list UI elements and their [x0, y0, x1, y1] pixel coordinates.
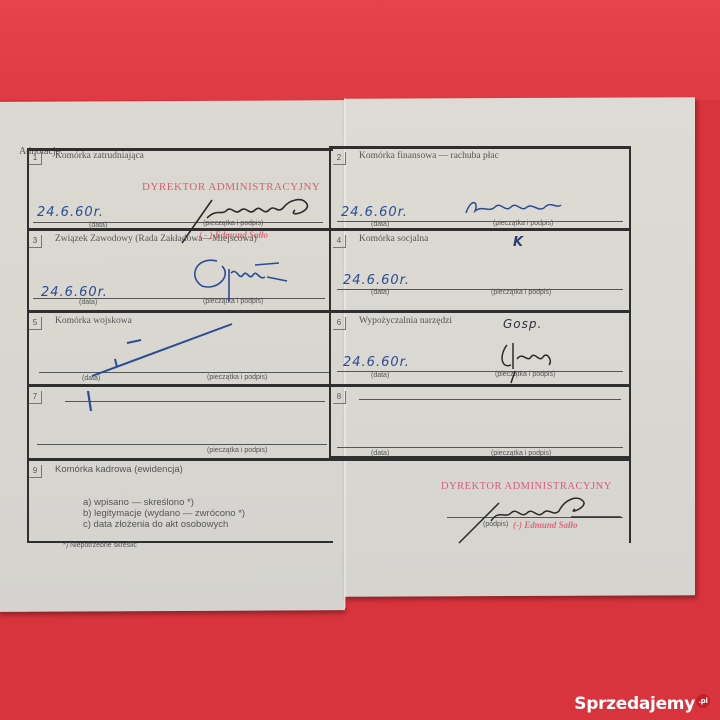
cell-9-right-border [629, 461, 631, 543]
signature-cell-2 [461, 193, 571, 223]
date-caption: (data) [371, 289, 389, 296]
title-line [65, 401, 325, 402]
date-caption: (data) [371, 450, 389, 457]
cell-title: Komórka zatrudniająca [55, 151, 144, 161]
signature-caption: (pieczątka i podpis) [207, 447, 267, 454]
hr-item-filing-date: c) data złożenia do akt osobowych [83, 519, 245, 530]
hr-item-id-card: b) legitymacje (wydano — zwrócono *) [83, 508, 245, 519]
signature-caption: (pieczątka i podpis) [491, 450, 551, 457]
signature-line [37, 444, 327, 445]
handwritten-note: Gosp. [503, 317, 542, 331]
cell-title: Komórka finansowa — rachuba płac [359, 151, 499, 161]
cell-9-hr-records: 9 Komórka kadrowa (ewidencja) a) wpisano… [27, 461, 631, 543]
signature-cell-3 [187, 251, 307, 301]
date-caption: (data) [371, 372, 389, 379]
cell-title: Komórka kadrowa (ewidencja) [55, 464, 183, 475]
cell-title: Związek Zawodowy (Rada Zakładowa—Miejsco… [55, 234, 257, 244]
date-caption: (data) [89, 222, 107, 229]
cell-8-blank: 8 (data) (pieczątka i podpis) [331, 387, 631, 459]
watermark-brand: Sprzedajemy [574, 694, 695, 714]
signature-cell-6 [497, 335, 567, 385]
cell-4-social-unit: 4 Komórka socjalna 24.6.60r. K (data) (p… [331, 231, 631, 311]
signature-line [337, 447, 623, 448]
cell-number: 8 [333, 391, 346, 404]
cell-number: 3 [29, 235, 42, 248]
hr-checklist: a) wpisano — skreślono *) b) legitymacje… [83, 497, 245, 530]
handwritten-date: 24.6.60r. [37, 205, 104, 220]
footnote: *) Niepotrzebne skreślić [63, 542, 137, 549]
handwritten-date: 24.6.60r. [343, 273, 410, 288]
clearance-form: 1 Komórka zatrudniająca DYREKTOR ADMINIS… [27, 148, 631, 543]
cell-number: 1 [29, 152, 42, 165]
director-signature-bottom [451, 487, 631, 547]
background-surface [0, 0, 720, 100]
cell-number: 4 [333, 235, 346, 248]
sprzedajemy-watermark: Sprzedajemy.pl [574, 694, 710, 714]
hr-item-registered: a) wpisano — skreślono *) [83, 497, 245, 508]
signature-caption: (pieczątka i podpis) [491, 289, 551, 296]
cell-title: Komórka socjalna [359, 234, 428, 244]
date-caption: (data) [371, 221, 389, 228]
cell-2-finance-payroll: 2 Komórka finansowa — rachuba płac 24.6.… [331, 148, 631, 228]
cell-number: 6 [333, 317, 346, 330]
watermark-suffix: .pl [696, 694, 710, 708]
cell-1-employing-unit: 1 Komórka zatrudniająca DYREKTOR ADMINIS… [27, 148, 329, 228]
cell-number: 9 [29, 465, 42, 478]
cell-title: Wypożyczalnia narzędzi [359, 316, 452, 326]
handwritten-mark: K [513, 235, 524, 250]
cell-5-military-unit: 5 Komórka wojskowa (data) (pieczątka i p… [27, 313, 329, 385]
ink-mark [85, 389, 95, 415]
cell-number: 7 [29, 391, 42, 404]
cell-number: 5 [29, 317, 42, 330]
title-line [359, 399, 621, 400]
handwritten-date: 24.6.60r. [341, 205, 408, 220]
date-caption: (data) [79, 299, 97, 306]
cell-number: 2 [333, 152, 346, 165]
handwritten-date: 24.6.60r. [343, 355, 410, 370]
cell-7-blank: 7 (pieczątka i podpis) [27, 387, 329, 459]
cell-3-trade-union: 3 Związek Zawodowy (Rada Zakładowa—Miejs… [27, 231, 329, 311]
strike-line-cell-5 [87, 321, 247, 381]
cell-6-tool-rental: 6 Wypożyczalnia narzędzi 24.6.60r. Gosp.… [331, 313, 631, 385]
